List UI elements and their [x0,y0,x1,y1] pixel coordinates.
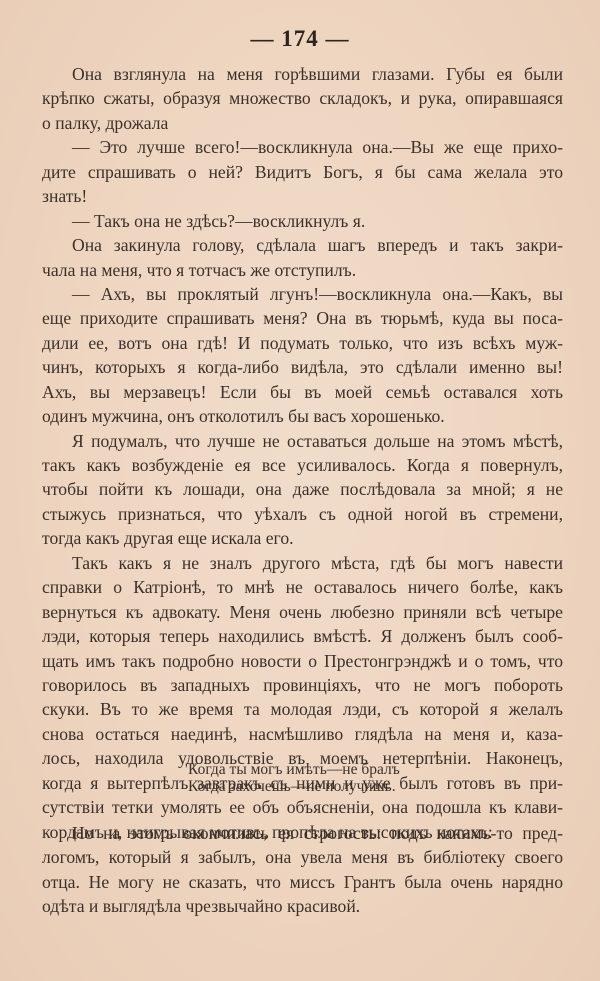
text-line: Ахъ, вы мерзавецъ! Если бы въ моей семьѣ… [42,380,563,404]
text-line: справки о Катріонѣ, то мнѣ не оставалось… [42,575,563,599]
text-line: такъ какъ возбужденіе ея все усиливалось… [42,453,563,477]
text-line: чала на меня, что я тотчасъ же отступилъ… [42,258,563,282]
text-line: дили ее, вотъ она гдѣ! И подумать только… [42,331,563,355]
text-line: чинъ, которыхъ я когда-либо видѣла, это … [42,355,563,379]
text-line: — Такъ она не здѣсь?—воскликнулъ я. [42,209,563,233]
text-line: еще приходите спрашивать меня? Она въ тю… [42,306,563,330]
text-line: логомъ, который я забылъ, она увела меня… [42,845,563,869]
text-line: отца. Не могу не сказать, что миссъ Гран… [42,870,563,894]
page-number: — 174 — [0,26,600,52]
book-page: — 174 — Она взглянула на меня горѣвшими … [0,0,600,981]
main-text-block: Она взглянула на меня горѣвшими глазами.… [42,62,563,844]
text-line: — Ахъ, вы проклятый лгунъ!—воскликнула о… [42,282,563,306]
text-line: одѣта и выглядѣла чрезвычайно красивой. [42,894,563,918]
verse-line: Когда захочешь—не получишь. [188,779,400,796]
final-paragraph: Но на этомъ окончилась ея строгость: под… [42,821,563,919]
text-line: чтобы пойти къ лошади, она даже послѣдов… [42,477,563,501]
text-line: Но на этомъ окончилась ея строгость: под… [42,821,563,845]
text-line: знать! [42,184,563,208]
text-line: одинъ мужчина, онъ отколотилъ бы васъ хо… [42,404,563,428]
text-line: о палку, дрожала [42,111,563,135]
verse-couplet: Когда ты могъ имѣть—не бралъ Когда захоч… [188,762,400,795]
text-line: скуки. Въ то же время та молодая лэди, с… [42,697,563,721]
text-line: Она закинула голову, сдѣлала шагъ вперед… [42,233,563,257]
text-line: тогда какъ другая еще искала его. [42,526,563,550]
text-line: вернуться къ адвокату. Меня очень любезн… [42,600,563,624]
text-line: говорилось въ западныхъ провинціяхъ, что… [42,673,563,697]
text-line: щать имъ такъ подробно новости о Престон… [42,649,563,673]
text-line: Она взглянула на меня горѣвшими глазами.… [42,62,563,86]
text-line: дите спрашивать о ней? Видитъ Богъ, я бы… [42,160,563,184]
text-line: Я подумалъ, что лучше не оставаться доль… [42,429,563,453]
text-line: снова остаться наединѣ, насмѣшливо глядѣ… [42,722,563,746]
text-line: стыжусь признаться, что уѣхалъ съ одной … [42,502,563,526]
text-line: сутствіи тетки умолять ее объ объясненіи… [42,795,563,819]
verse-line: Когда ты могъ имѣть—не бралъ [188,762,400,779]
text-line: — Это лучше всего!—воскликнула она.—Вы ж… [42,135,563,159]
text-line: лэди, которыя теперь находились вмѣстѣ. … [42,624,563,648]
text-line: крѣпко сжаты, образуя множество складокъ… [42,86,563,110]
text-line: Такъ какъ я не зналъ другого мѣста, гдѣ … [42,551,563,575]
